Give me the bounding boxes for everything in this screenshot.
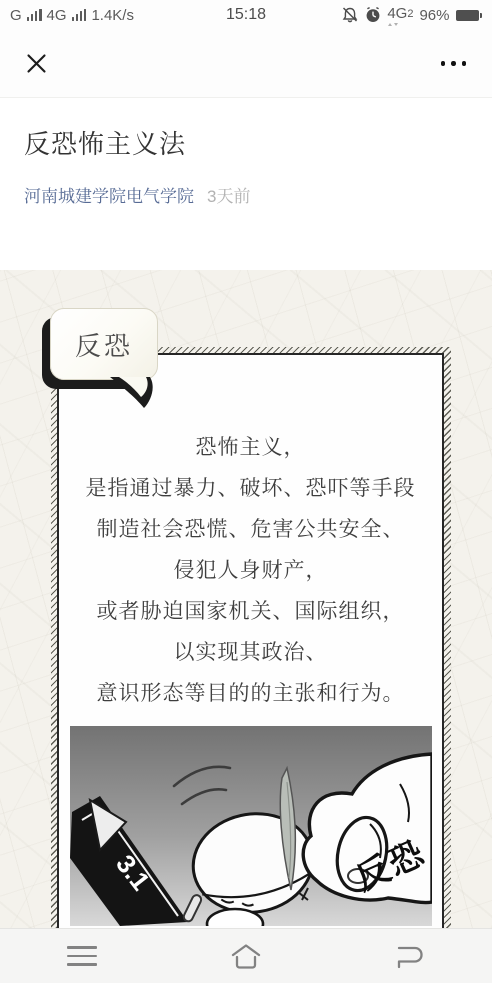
battery-percent: 96% — [419, 7, 449, 24]
speech-bubble: 反恐 — [50, 308, 158, 380]
anti-terror-cartoon: 3.1 — [70, 726, 432, 926]
poster-line: 以实现其政治、 — [86, 632, 416, 673]
status-bar: G 4G 1.4K/s 15:18 4G2 9 — [0, 0, 492, 30]
more-dots-icon — [441, 61, 446, 66]
sim1-signal-icon — [27, 9, 42, 21]
battery-icon — [456, 10, 483, 21]
network-type-badge: 4G2 — [387, 6, 413, 25]
more-button[interactable] — [441, 61, 467, 66]
speech-bubble-tail-icon — [104, 377, 160, 413]
sim2-network-label: 4G — [47, 7, 67, 24]
poster-line: 或者胁迫国家机关、国际组织， — [86, 591, 416, 632]
article-author-link[interactable]: 河南城建学院电气学院 — [24, 182, 194, 207]
poster-background: 恐怖主义， 是指通过暴力、破坏、恐吓等手段 制造社会恐慌、危害公共安全、 侵犯人… — [0, 270, 492, 983]
poster-line: 意识形态等目的的主张和行为。 — [86, 673, 416, 714]
home-icon — [230, 943, 262, 970]
poster-line: 是指通过暴力、破坏、恐吓等手段 — [86, 468, 416, 509]
poster-text-block: 恐怖主义， 是指通过暴力、破坏、恐吓等手段 制造社会恐慌、危害公共安全、 侵犯人… — [86, 427, 416, 714]
speech-bubble-label: 反恐 — [75, 326, 133, 363]
article-title: 反恐怖主义法 — [24, 124, 468, 161]
mute-icon — [342, 7, 359, 23]
back-button[interactable] — [328, 943, 492, 969]
poster-line: 侵犯人身财产， — [86, 550, 416, 591]
network-speed: 1.4K/s — [91, 7, 134, 24]
poster-content: 恐怖主义， 是指通过暴力、破坏、恐吓等手段 制造社会恐慌、危害公共安全、 侵犯人… — [57, 353, 444, 983]
sim1-network-label: G — [10, 7, 22, 24]
menu-icon — [67, 946, 97, 966]
poster-frame: 恐怖主义， 是指通过暴力、破坏、恐吓等手段 制造社会恐慌、危害公共安全、 侵犯人… — [51, 347, 451, 983]
back-icon — [394, 943, 426, 969]
poster-line: 制造社会恐慌、危害公共安全、 — [86, 509, 416, 550]
cartoon-image[interactable]: 3.1 — [70, 726, 432, 926]
recents-button[interactable] — [0, 946, 164, 966]
article-meta: 河南城建学院电气学院 3天前 — [24, 182, 468, 207]
alarm-clock-icon — [365, 7, 381, 23]
status-right-group: 4G2 96% — [342, 6, 482, 25]
status-left-group: G 4G 1.4K/s — [10, 7, 134, 24]
data-activity-arrows-icon — [388, 23, 398, 26]
home-button[interactable] — [164, 943, 328, 970]
webview-nav-bar — [0, 30, 492, 98]
article-publish-time: 3天前 — [207, 182, 250, 207]
close-icon — [26, 53, 47, 74]
system-nav-bar — [0, 928, 492, 983]
poster-line: 恐怖主义， — [86, 427, 416, 468]
sim2-signal-icon — [72, 9, 87, 21]
close-button[interactable] — [26, 53, 47, 74]
phone-screen: G 4G 1.4K/s 15:18 4G2 9 — [0, 0, 492, 983]
